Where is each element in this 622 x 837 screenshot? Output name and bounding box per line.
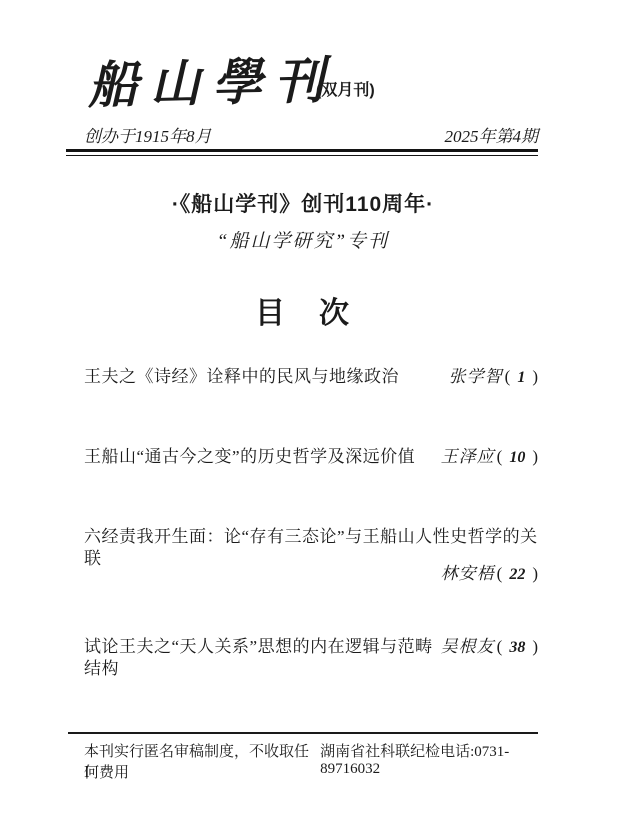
article-title: 王夫之《诗经》诠释中的民风与地缘政治: [68, 366, 399, 388]
page-number: 10: [509, 447, 525, 469]
page-number: 1: [517, 367, 525, 389]
author-name: 林安梧: [441, 563, 495, 585]
paren-close: ): [525, 636, 538, 658]
author-page: 张学智 ( 1 ): [449, 366, 538, 389]
paren-close: ): [525, 366, 538, 388]
author-name: 王泽应: [441, 446, 495, 468]
journal-title-calligraphy: 船山學刊: [87, 49, 336, 116]
discipline-inspection-phone: 湖南省社科联纪检电话:0731-89716032: [320, 740, 538, 778]
article-title: 试论王夫之“天人关系”思想的内在逻辑与范畴结构: [68, 636, 441, 680]
review-policy-notice: 本刊实行匿名审稿制度，不收取任何费用: [68, 740, 320, 782]
paren-close: ): [525, 563, 538, 585]
folio-page-number: I: [84, 762, 90, 782]
page-number: 38: [509, 637, 525, 659]
founded-date: 创办于1915年8月: [68, 122, 212, 147]
edition-note: (双月刊): [316, 77, 375, 100]
toc-entry: 试论王夫之“天人关系”思想的内在逻辑与范畴结构 吴根友 ( 38 ): [68, 636, 538, 680]
toc-title: 目 次: [68, 288, 538, 332]
footer-row: 本刊实行匿名审稿制度，不收取任何费用 湖南省社科联纪检电话:0731-89716…: [68, 740, 538, 782]
masthead-double-rule: [66, 149, 538, 156]
paren-close: ): [525, 446, 538, 468]
paren-open: (: [495, 563, 510, 585]
masthead-tagline-row: 创办于1915年8月 2025年第4期: [68, 122, 538, 147]
paren-open: (: [503, 366, 518, 388]
article-title: 王船山“通古今之变”的历史哲学及深远价值: [68, 446, 415, 468]
paren-open: (: [495, 446, 510, 468]
toc-entry-author-line: 林安梧 ( 22 ): [68, 563, 538, 586]
author-name: 张学智: [449, 366, 503, 388]
special-issue-heading: “船山学研究”专刊: [68, 226, 538, 253]
journal-toc-page: 船山學刊 (双月刊) 创办于1915年8月 2025年第4期 ·《船山学刊》创刊…: [0, 0, 622, 837]
anniversary-heading: ·《船山学刊》创刊110周年·: [68, 188, 538, 218]
toc-entry: 王船山“通古今之变”的历史哲学及深远价值 王泽应 ( 10 ): [68, 446, 538, 469]
paren-open: (: [495, 636, 510, 658]
issue-number: 2025年第4期: [445, 122, 539, 147]
author-page: 王泽应 ( 10 ): [441, 446, 538, 469]
page-number: 22: [509, 564, 525, 586]
author-name: 吴根友: [441, 636, 495, 658]
author-page: 林安梧 ( 22 ): [441, 563, 538, 586]
author-page: 吴根友 ( 38 ): [441, 636, 538, 659]
footer-rule: [68, 732, 538, 734]
toc-entry: 王夫之《诗经》诠释中的民风与地缘政治 张学智 ( 1 ): [68, 366, 538, 389]
